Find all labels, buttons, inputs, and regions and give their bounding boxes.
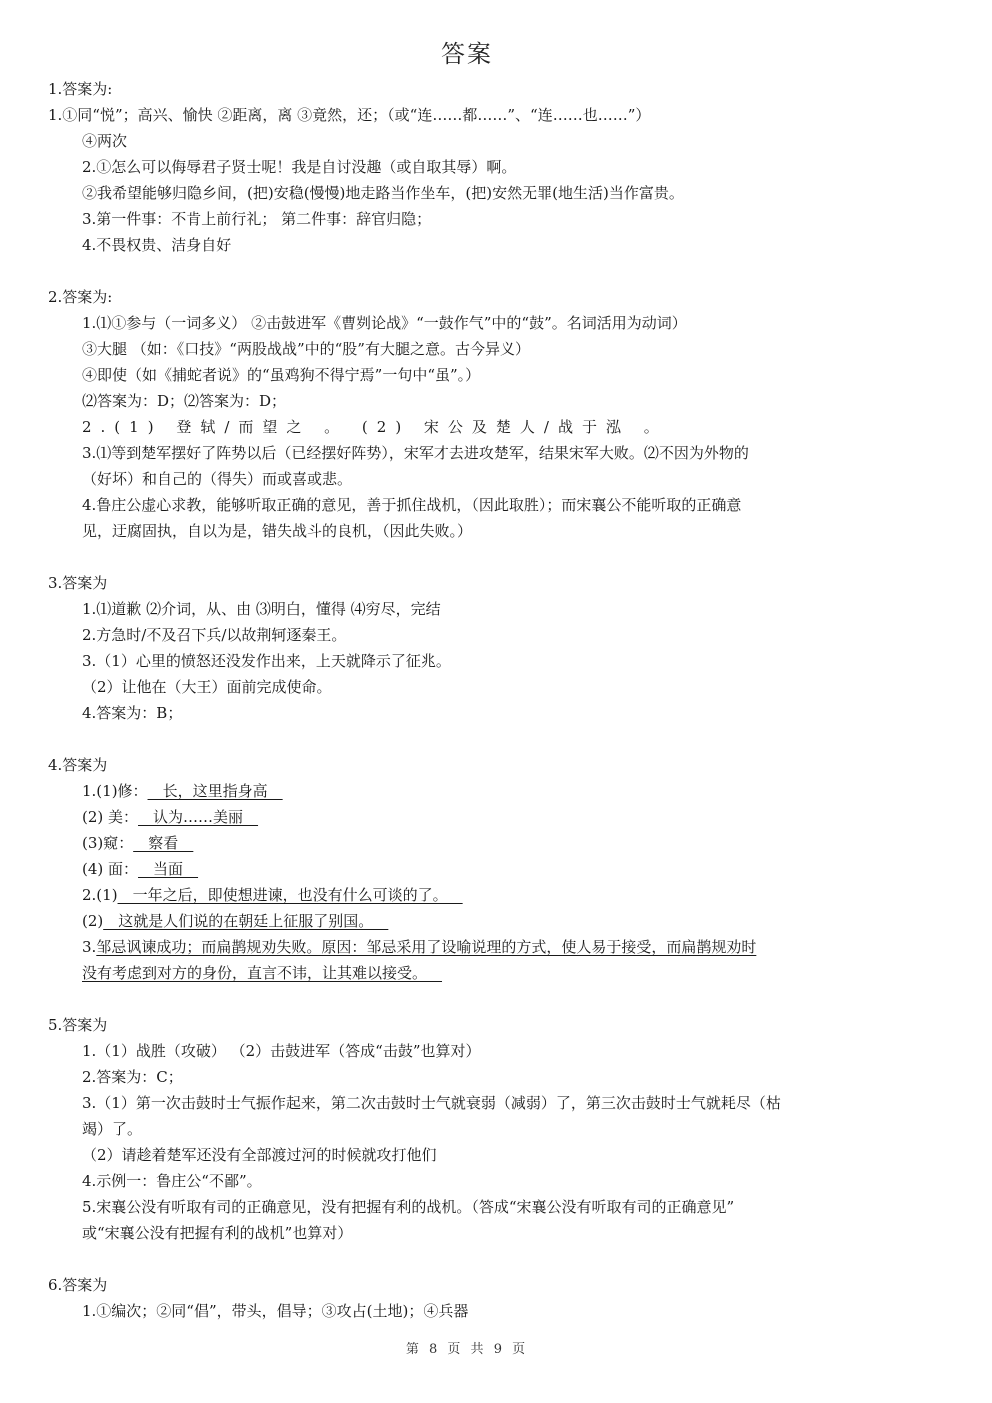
- answer-line: ②我希望能够归隐乡间，(把)安稳(慢慢)地走路当作坐车，(把)安然无罪(地生活)…: [82, 183, 684, 203]
- answer-line: 1.⑴①参与（一词多义） ②击鼓进军《曹刿论战》“一鼓作气”中的“鼓”。名词活用…: [82, 313, 687, 333]
- answer-line: （好坏）和自己的（得失）而或喜或悲。: [82, 469, 352, 489]
- answer-line: 2.方急时/不及召下兵/以故荆轲逐秦王。: [82, 625, 346, 645]
- answer-line: 1.⑴道歉 ⑵介词，从、由 ⑶明白，懂得 ⑷穷尽，完结: [82, 599, 441, 619]
- answer-line: 见，迂腐固执，自以为是，错失战斗的良机，（因此失败。）: [82, 521, 472, 541]
- section-5-heading: 5.答案为: [48, 1015, 107, 1035]
- question-prefix: (3)窥：: [82, 834, 133, 852]
- underlined-answer: 邹忌讽谏成功；而扁鹊规劝失败。原因：邹忌采用了设喻说理的方式，使人易于接受，而扁…: [96, 938, 756, 956]
- section-2-heading: 2.答案为:: [48, 287, 112, 307]
- fill-in-line: 没有考虑到对方的身份，直言不讳，让其难以接受。__: [82, 963, 442, 983]
- answer-line: （2）请趁着楚军还没有全部渡过河的时候就攻打他们: [82, 1145, 437, 1165]
- underlined-answer: __认为……美丽__: [138, 808, 258, 826]
- answer-line: ③大腿 （如：《口技》“两股战战”中的“股”有大腿之意。古今异义）: [82, 339, 530, 359]
- question-prefix: (2) 美：: [82, 808, 138, 826]
- underlined-answer: __这就是人们说的在朝廷上征服了别国。__: [103, 912, 388, 930]
- fill-in-line: (2)__这就是人们说的在朝廷上征服了别国。__: [82, 911, 388, 931]
- answer-line: 2.①怎么可以侮辱君子贤士呢！我是自讨没趣（或自取其辱）啊。: [82, 157, 516, 177]
- answer-line: 1.（1）战胜（攻破） （2）击鼓进军（答成“击鼓”也算对）: [82, 1041, 481, 1061]
- question-prefix: 2.(1): [82, 886, 118, 904]
- answer-line: 3.第一件事：不肯上前行礼； 第二件事：辞官归隐；: [82, 209, 431, 229]
- fill-in-line: 1.(1)修：__长，这里指身高__: [82, 781, 283, 801]
- answer-line: 3.⑴等到楚军摆好了阵势以后（已经摆好阵势），宋军才去进攻楚军，结果宋军大败。⑵…: [82, 443, 749, 463]
- section-4-heading: 4.答案为: [48, 755, 107, 775]
- underlined-answer: 没有考虑到对方的身份，直言不讳，让其难以接受。__: [82, 964, 442, 982]
- fill-in-line: (4) 面：__当面__: [82, 859, 198, 879]
- underlined-answer: __一年之后，即使想进谏，也没有什么可谈的了。__: [118, 886, 463, 904]
- answer-line: 或“宋襄公没有把握有利的战机”也算对）: [82, 1223, 352, 1243]
- fill-in-line: (2) 美：__认为……美丽__: [82, 807, 258, 827]
- underlined-answer: __察看__: [133, 834, 193, 852]
- answer-line: 3.（1）心里的愤怒还没发作出来，上天就降示了征兆。: [82, 651, 451, 671]
- question-prefix: 1.(1)修：: [82, 782, 148, 800]
- fill-in-line: (3)窥：__察看__: [82, 833, 193, 853]
- answer-line: 1.①编次；②同“倡”，带头，倡导；③攻占(土地)；④兵器: [82, 1301, 468, 1321]
- answer-line: 5.宋襄公没有听取有司的正确意见，没有把握有利的战机。（答成“宋襄公没有听取有司…: [82, 1197, 734, 1217]
- answer-line: （2）让他在（大王）面前完成使命。: [82, 677, 332, 697]
- answer-line: ④两次: [82, 131, 127, 151]
- page-title: 答案: [0, 34, 934, 69]
- answer-line: 4.答案为：B；: [82, 703, 182, 723]
- question-prefix: (4) 面：: [82, 860, 138, 878]
- answer-line: 2.(1) 登轼/而望之 。 (2) 宋公及楚人/战于泓 。: [82, 417, 668, 437]
- answer-line: ④即使（如《捕蛇者说》的“虽鸡狗不得宁焉”一句中“虽”。）: [82, 365, 480, 385]
- fill-in-line: 3.邹忌讽谏成功；而扁鹊规劝失败。原因：邹忌采用了设喻说理的方式，使人易于接受，…: [82, 937, 756, 957]
- answer-line: 4.示例一：鲁庄公“不鄙”。: [82, 1171, 262, 1191]
- section-6-heading: 6.答案为: [48, 1275, 107, 1295]
- section-3-heading: 3.答案为: [48, 573, 107, 593]
- page-footer: 第 8 页 共 9 页: [0, 1338, 934, 1357]
- fill-in-line: 2.(1)__一年之后，即使想进谏，也没有什么可谈的了。__: [82, 885, 463, 905]
- answer-line: 2.答案为：C；: [82, 1067, 183, 1087]
- answer-line: 4.不畏权贵、洁身自好: [82, 235, 231, 255]
- section-1-heading: 1.答案为:: [48, 79, 112, 99]
- answer-line: 3.（1）第一次击鼓时士气振作起来，第二次击鼓时士气就衰弱（减弱）了，第三次击鼓…: [82, 1093, 781, 1113]
- question-prefix: 3.: [82, 938, 96, 956]
- answer-line: ⑵答案为：D；⑵答案为：D；: [82, 391, 286, 411]
- answer-line: 竭）了。: [82, 1119, 142, 1139]
- answer-line: 4.鲁庄公虚心求教，能够听取正确的意见，善于抓住战机，（因此取胜）；而宋襄公不能…: [82, 495, 741, 515]
- underlined-answer: __当面__: [138, 860, 198, 878]
- underlined-answer: __长，这里指身高__: [148, 782, 283, 800]
- answer-line: 1.①同“悦”；高兴、愉快 ②距离，离 ③竟然，还；（或“连……都……”、“连……: [48, 105, 650, 125]
- question-prefix: (2): [82, 912, 103, 930]
